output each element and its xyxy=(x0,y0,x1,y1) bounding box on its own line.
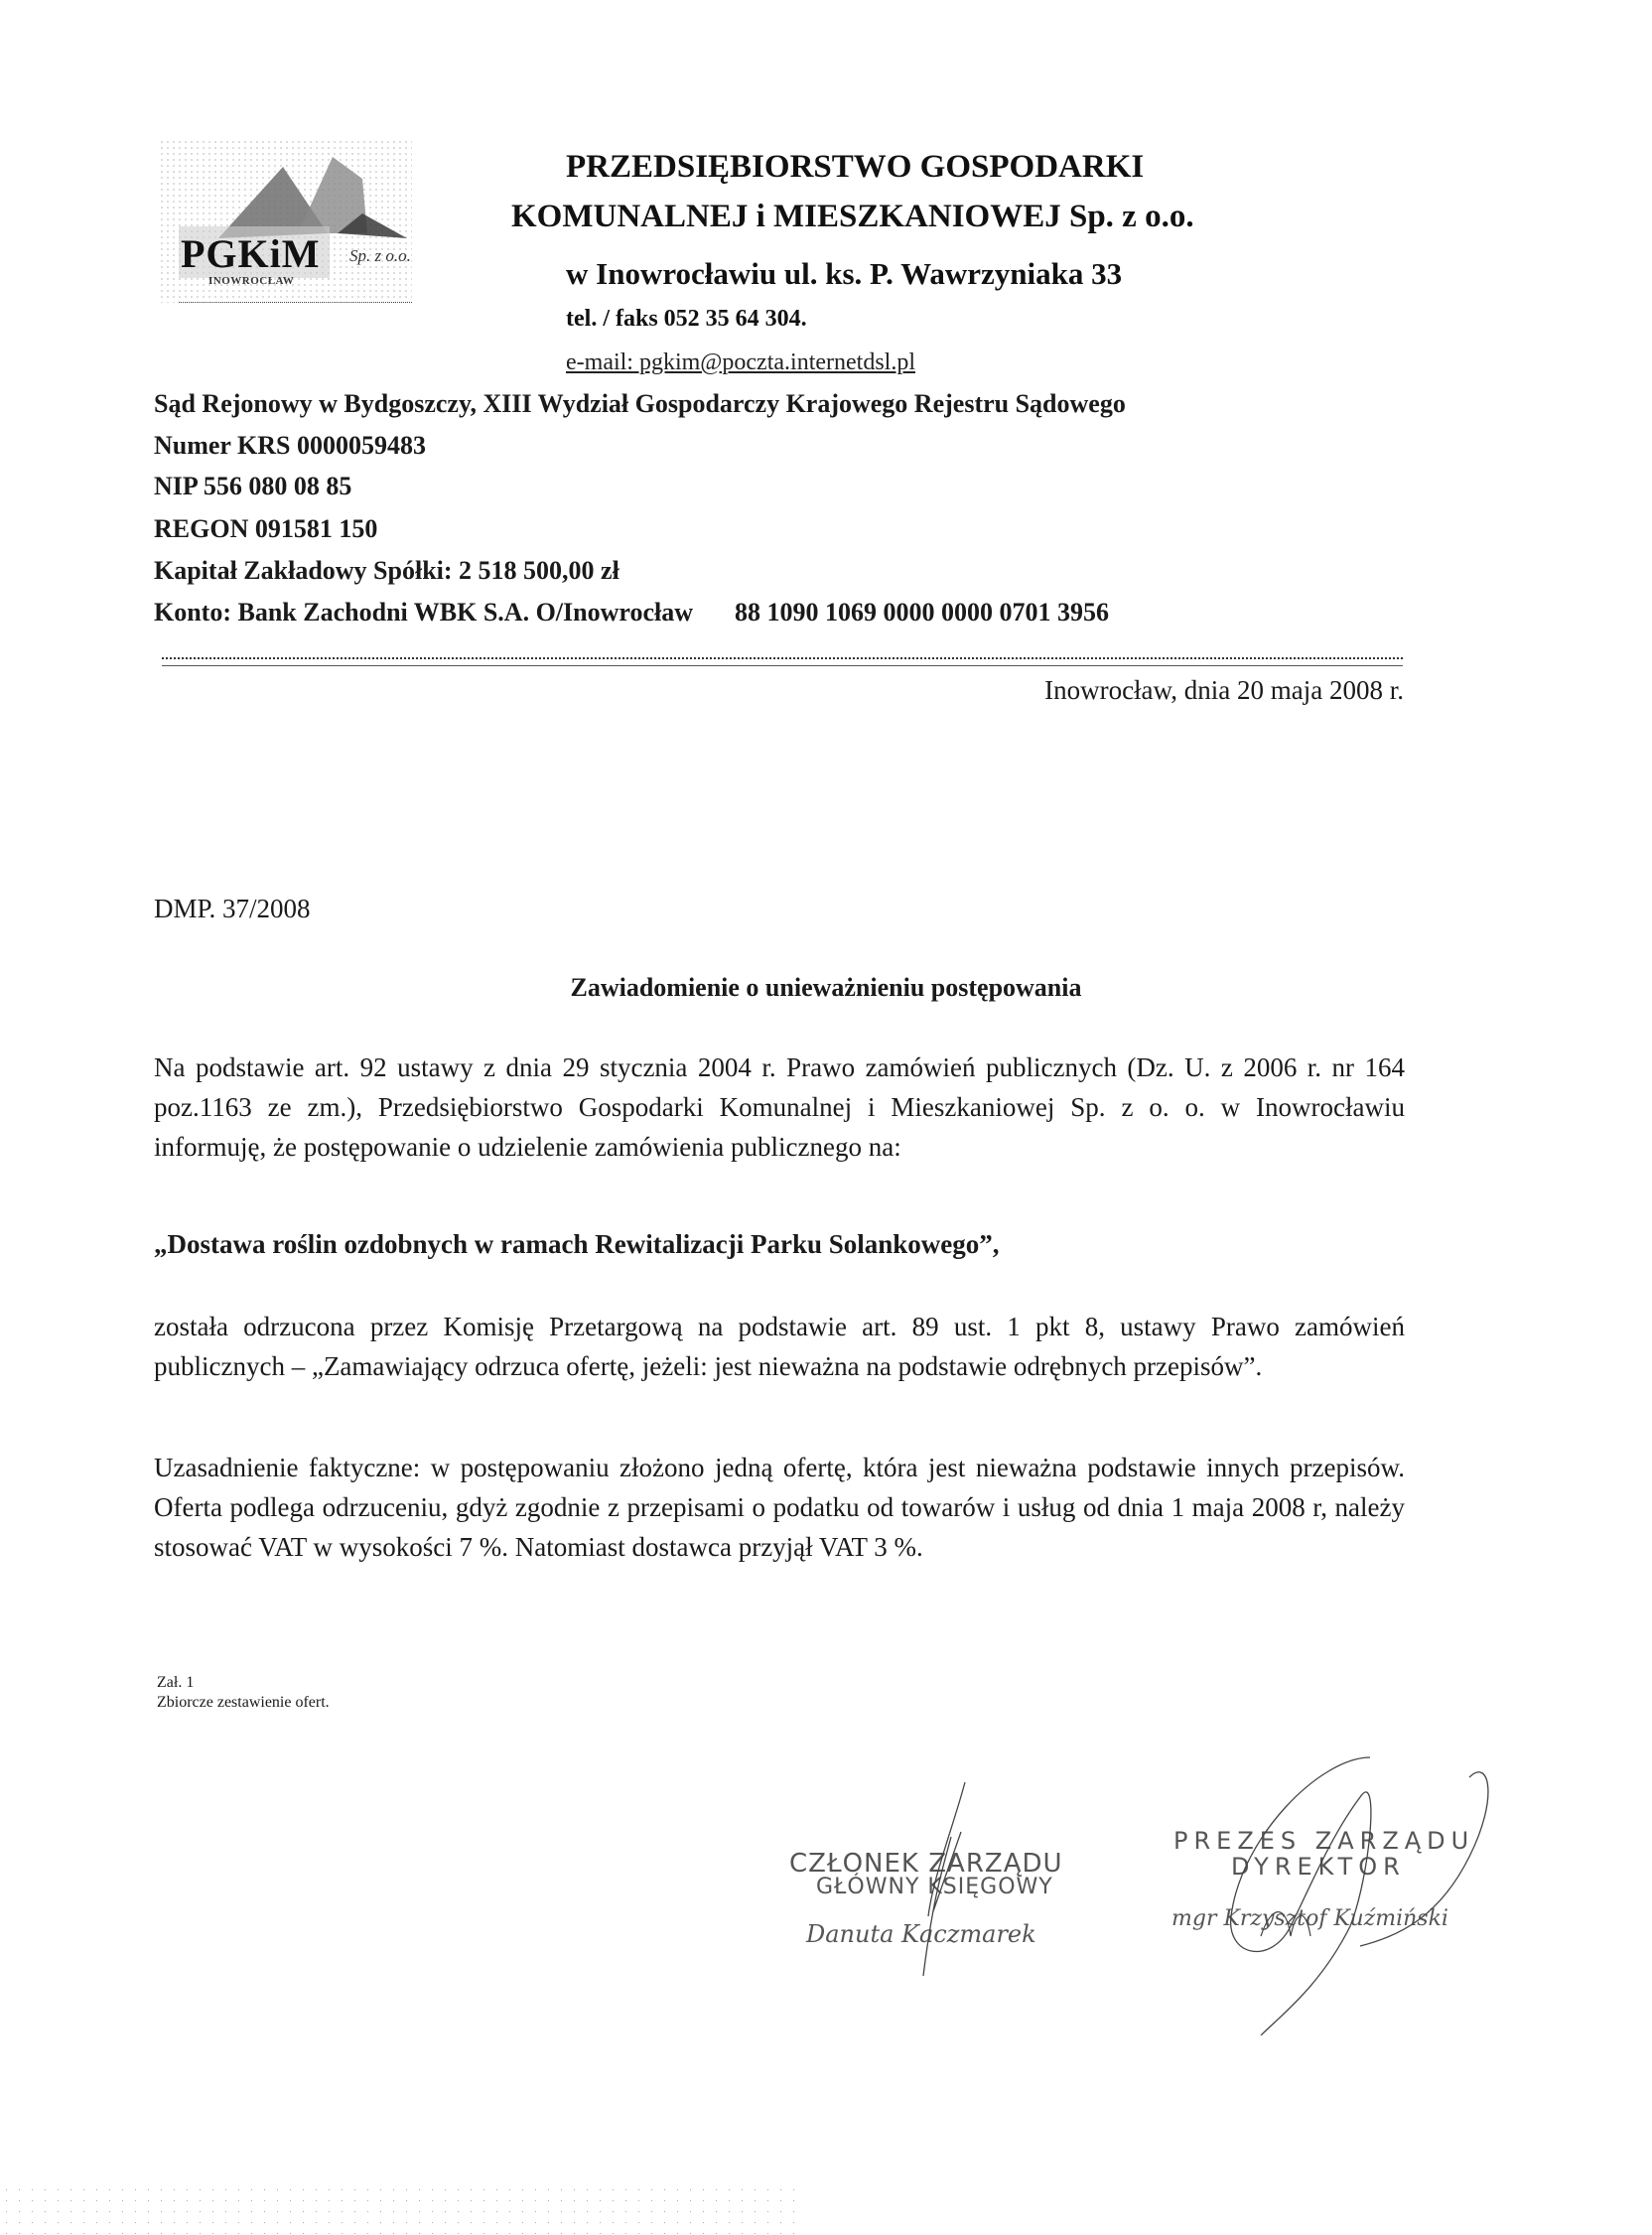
letter-date: Inowrocław, dnia 20 maja 2008 r. xyxy=(1044,675,1404,706)
logo-city: INOWROCŁAW xyxy=(208,275,294,287)
logo-suffix: Sp. z o.o. xyxy=(349,246,411,266)
reference-number: DMP. 37/2008 xyxy=(154,894,311,924)
account-number: 88 1090 1069 0000 0000 0701 3956 xyxy=(735,598,1109,627)
attachment-name: Zbiorcze zestawienie ofert. xyxy=(157,1694,330,1712)
paragraph-justification: Uzasadnienie faktyczne: w postępowaniu z… xyxy=(154,1448,1405,1567)
company-name-line2: KOMUNALNEJ i MIESZKANIOWEJ Sp. z o.o. xyxy=(511,199,1194,235)
signature-1-icon xyxy=(894,1777,1013,1986)
signature-2-icon xyxy=(1171,1738,1509,2035)
header-divider xyxy=(162,657,1403,666)
logo-underline xyxy=(179,302,412,303)
paragraph-decision: została odrzucona przez Komisję Przetarg… xyxy=(154,1307,1405,1386)
bank-name: Konto: Bank Zachodni WBK S.A. O/Inowrocł… xyxy=(154,598,693,627)
nip-number: NIP 556 080 08 85 xyxy=(154,472,351,501)
logo-brand-text: PGKiM xyxy=(181,230,321,277)
attachment-label: Zał. 1 xyxy=(157,1674,194,1692)
share-capital: Kapitał Zakładowy Spółki: 2 518 500,00 z… xyxy=(154,556,619,586)
krs-number: Numer KRS 0000059483 xyxy=(154,431,426,461)
paragraph-intro: Na podstawie art. 92 ustawy z dnia 29 st… xyxy=(154,1048,1405,1167)
document-title: Zawiadomienie o unieważnieniu postępowan… xyxy=(0,973,1652,1003)
procurement-subject: „Dostawa roślin ozdobnych w ramach Rewit… xyxy=(154,1229,1000,1260)
company-address: w Inowrocławiu ul. ks. P. Wawrzyniaka 33 xyxy=(566,256,1122,292)
scan-noise xyxy=(0,2184,794,2235)
bank-account-line: Konto: Bank Zachodni WBK S.A. O/Inowrocł… xyxy=(154,598,1109,628)
regon-number: REGON 091581 150 xyxy=(154,514,377,544)
company-email-link[interactable]: e-mail: pgkim@poczta.internetdsl.pl xyxy=(566,349,915,376)
court-registry: Sąd Rejonowy w Bydgoszczy, XIII Wydział … xyxy=(154,389,1126,419)
company-name-line1: PRZEDSIĘBIORSTWO GOSPODARKI xyxy=(566,149,1144,186)
company-phone: tel. / faks 052 35 64 304. xyxy=(566,306,807,333)
company-logo: PGKiM Sp. z o.o. INOWROCŁAW xyxy=(159,139,412,303)
